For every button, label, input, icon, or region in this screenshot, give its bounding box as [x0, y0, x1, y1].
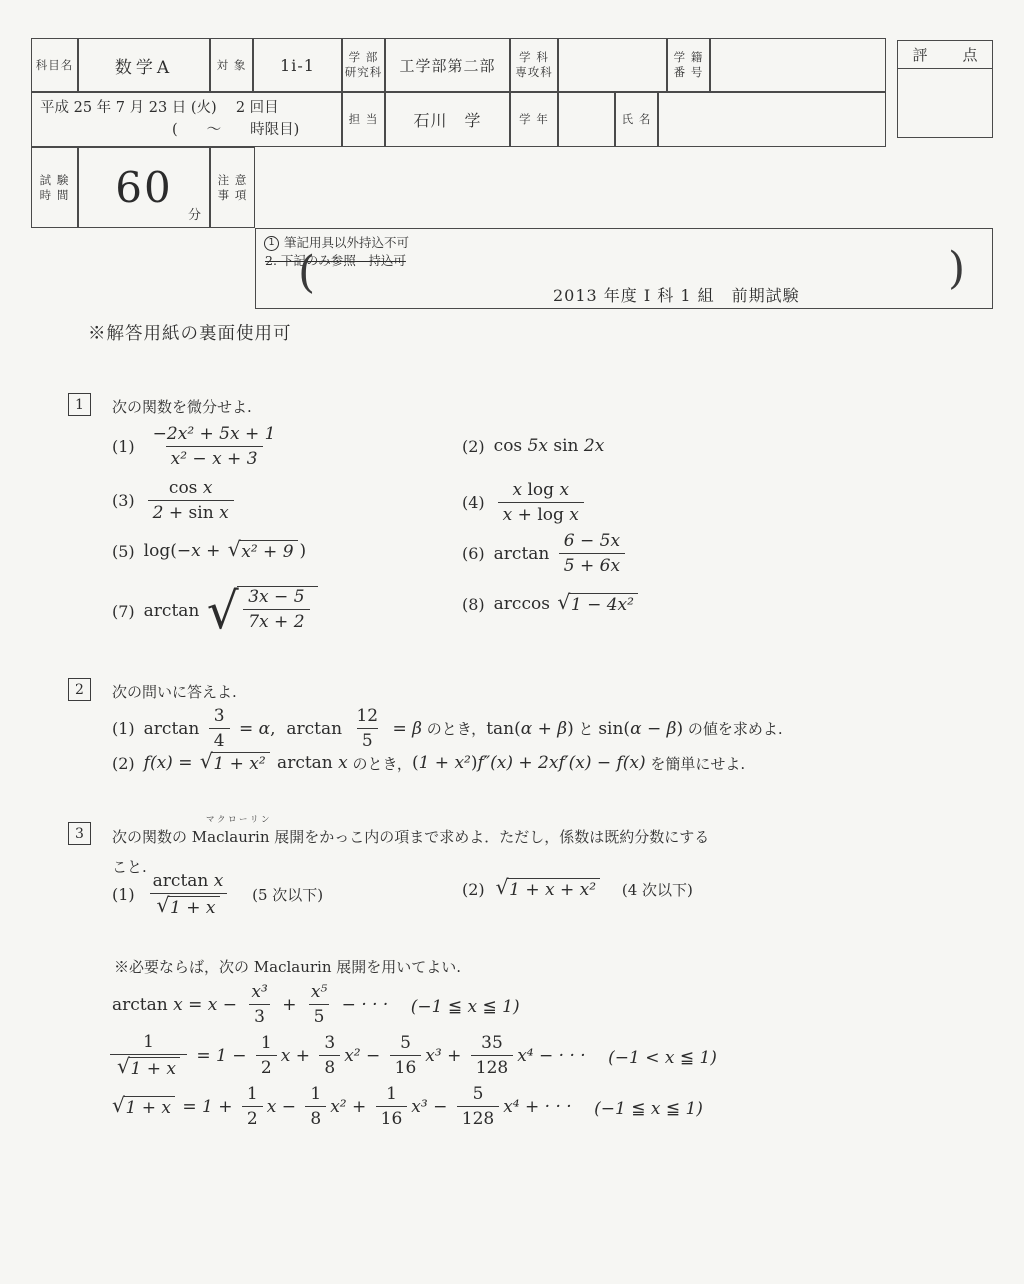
item-label: (7) [112, 602, 135, 621]
numerator: 3 [319, 1033, 340, 1055]
item-expression: arctan 34 = α, arctan 125 = β のとき，tan(α … [144, 706, 783, 751]
score-label-cell: 評 点 [897, 40, 993, 69]
close-paren: ) [948, 247, 965, 291]
math-token: arctan [144, 601, 205, 621]
score-label: 評 点 [912, 44, 987, 65]
faculty-label-line2: 研究科 [345, 65, 383, 80]
radicand: 1 + x [124, 1096, 175, 1118]
maclaurin-line-1: arctan x = x − x³3 + x⁵5 − · · · (−1 ≦ x… [112, 982, 520, 1027]
numerator: 6 − 5x [559, 531, 625, 553]
item-expression: −2x² + 5x + 1x² − x + 3 [144, 424, 285, 469]
sqrt-symbol: √ [496, 877, 509, 897]
item-expression: x log xx + log x [494, 480, 588, 525]
student-id-label-line2: 番 号 [674, 65, 704, 80]
item-label: (2) [112, 754, 135, 773]
notes-label-cell: 注 意 事 項 [210, 147, 255, 228]
math-token: x⁴ − · · · [517, 1046, 585, 1066]
math-token: 16 [395, 1058, 417, 1078]
math-token: x + [503, 505, 538, 525]
math-token: 2 [247, 1109, 258, 1129]
sqrt-symbol: √ [157, 895, 170, 915]
denominator: x + log x [498, 502, 584, 525]
maclaurin-line-3: √1 + x = 1 + 12x − 18x² + 116x³ − 5128x⁴… [110, 1084, 703, 1129]
math-token: 5 [400, 1033, 411, 1053]
p1-item-1: (1) −2x² + 5x + 1x² − x + 3 [112, 424, 284, 469]
sqrt-symbol: √ [117, 1056, 130, 1076]
math-token: (−1 < x ≦ 1) [586, 1043, 717, 1068]
item-label: (6) [462, 544, 485, 563]
math-token: 6 − 5x [564, 531, 620, 551]
p3-item-1: (1) arctan x√1 + x (5 次以下) [112, 871, 323, 918]
faculty-label-cell: 学 部 研究科 [342, 38, 385, 92]
item-label: (8) [462, 595, 485, 614]
math-token: 12 [356, 706, 378, 726]
numerator: 3 [209, 706, 230, 728]
exam-time-label-line2: 時 間 [40, 188, 70, 203]
fraction: 5128 [457, 1084, 499, 1129]
math-token: 5 + 6x [564, 556, 620, 576]
fraction: x log xx + log x [498, 480, 584, 525]
numerator: 3x − 5 [243, 587, 309, 609]
math-token: f(x) = [144, 753, 198, 773]
faculty-value: 工学部第二部 [399, 55, 495, 76]
note-2: 2. 下記のみ参照 持込可 [264, 252, 409, 270]
item-label: (1) [112, 885, 135, 904]
p1-item-8: (8) arccos √1 − 4x² [462, 593, 640, 615]
problem-2-prompt: 次の問いに答えよ. [112, 681, 237, 702]
math-token: (5 次以下) [232, 884, 323, 905]
denominator: 2 [256, 1055, 277, 1078]
denominator: 7x + 2 [243, 609, 309, 632]
sqrt-symbol: √ [557, 592, 570, 612]
math-token: 1 + x² [419, 753, 471, 773]
instructor-label: 担 当 [349, 112, 379, 127]
faculty-value-cell: 工学部第二部 [385, 38, 510, 92]
p2-item-1: (1) arctan 34 = α, arctan 125 = β のとき，ta… [112, 706, 783, 751]
math-token: 1 [143, 1032, 154, 1052]
fraction: 38 [319, 1033, 340, 1078]
math-token: x [559, 480, 569, 500]
notes-list: 1 筆記用具以外持込不可 2. 下記のみ参照 持込可 [256, 229, 409, 270]
math-token: 16 [381, 1109, 403, 1129]
score-value-cell [897, 68, 993, 138]
math-token: x − [267, 1097, 302, 1117]
numerator: x⁵ [306, 982, 332, 1004]
numerator: cos x [164, 478, 217, 500]
math-token: log [537, 505, 569, 525]
fraction: cos x2 + sin x [148, 478, 234, 523]
math-token: tan( [486, 719, 521, 739]
math-token: (−1 ≦ x ≦ 1) [388, 992, 519, 1017]
math-token: ) [676, 719, 683, 739]
math-token: arctan [153, 871, 214, 891]
math-token: 1 + x² [213, 754, 265, 774]
math-token: 2 [261, 1058, 272, 1078]
math-token: 7x + 2 [248, 612, 304, 632]
fraction: x⁵5 [306, 982, 332, 1027]
math-token: 3x − 5 [248, 587, 304, 607]
subject-label-cell: 科目名 [31, 38, 78, 92]
notes-label-line2: 事 項 [218, 188, 248, 203]
target-value: 1i-1 [280, 56, 315, 75]
student-id-value-cell [710, 38, 886, 92]
formula-expression: arctan x = x − x³3 + x⁵5 − · · · (−1 ≦ x… [112, 982, 520, 1027]
radicand: 3x − 57x + 2 [237, 586, 317, 632]
problem-1-prompt: 次の関数を微分せよ. [112, 396, 252, 417]
radicand: 1 + x [129, 1057, 180, 1079]
sqrt: √1 + x² [200, 752, 270, 774]
name-label: 氏 名 [622, 112, 652, 127]
denominator: x² − x + 3 [166, 446, 263, 469]
math-token: α + β [521, 719, 567, 739]
numerator: 5 [395, 1033, 416, 1055]
problem-3-number-box: 3 [68, 822, 91, 845]
math-token: ) [300, 541, 307, 561]
math-token: = β [387, 719, 422, 739]
math-token: x³ − [411, 1097, 452, 1117]
item-expression: √1 + x + x² (4 次以下) [494, 878, 693, 900]
denominator: 8 [319, 1055, 340, 1078]
exam-time-value: 60 [115, 163, 172, 212]
math-token: arctan [144, 719, 205, 739]
date-line1: 平成 25 年 7 月 23 日 (火) 2 回目 [32, 98, 279, 120]
fraction: 1√1 + x [110, 1032, 187, 1079]
math-token: 1 + x [131, 1059, 176, 1079]
numerator: 1 [305, 1084, 326, 1106]
fraction: 34 [209, 706, 230, 751]
math-token: x² + [330, 1097, 371, 1117]
math-token: f″(x) + 2xf′(x) − f(x) [478, 753, 646, 773]
radicand: 1 + x² [211, 752, 269, 774]
denominator: 16 [390, 1055, 422, 1078]
dept-label-line1: 学 科 [519, 50, 549, 65]
math-token: 1 [247, 1084, 258, 1104]
item-label: (5) [112, 542, 135, 561]
grade-label-cell: 学 年 [510, 92, 558, 147]
student-id-label-cell: 学 籍 番 号 [667, 38, 710, 92]
fraction: 3x − 57x + 2 [243, 587, 309, 632]
numerator: 1 [256, 1033, 277, 1055]
math-token: , arctan [270, 719, 347, 739]
exam-time-value-cell: 60 分 [78, 147, 210, 228]
math-token: 5 [362, 731, 373, 751]
faculty-label-line1: 学 部 [349, 50, 379, 65]
math-token: cos [169, 478, 203, 498]
fraction: 35128 [471, 1033, 513, 1078]
math-token: log( [144, 541, 177, 561]
math-token: ) [567, 719, 574, 739]
denominator: 5 [357, 728, 378, 751]
date-line2: ( ～ 時限目) [32, 120, 299, 142]
math-token: の値を求めよ. [683, 718, 783, 739]
denominator: √1 + x [150, 893, 227, 918]
item-expression: f(x) = √1 + x² arctan x のとき，(1 + x²)f″(x… [144, 752, 746, 774]
math-token: のとき， [348, 753, 412, 774]
item-expression: arctan 6 − 5x5 + 6x [494, 531, 629, 576]
numerator: x³ [246, 982, 272, 1004]
denominator: 5 + 6x [559, 553, 625, 576]
math-token: − · · · [336, 995, 388, 1015]
circled-one-icon: 1 [264, 236, 279, 251]
math-token: 3 [254, 1007, 265, 1027]
math-token: 2x [584, 436, 604, 456]
math-token: ) [471, 753, 478, 773]
numerator: 1 [381, 1084, 402, 1106]
math-token: x [214, 871, 224, 891]
header-table: 科目名 数学A 対 象 1i-1 学 部 研究科 工学部第二部 学 科 専攻科 … [0, 0, 1024, 162]
math-token: 5x [528, 436, 548, 456]
fraction: −2x² + 5x + 1x² − x + 3 [148, 424, 281, 469]
fraction: 116 [376, 1084, 408, 1129]
denominator: 3 [249, 1004, 270, 1027]
denominator: 16 [376, 1106, 408, 1129]
formula-expression: 1√1 + x = 1 − 12x + 38x² − 516x³ + 35128… [106, 1032, 717, 1079]
math-token: sin( [598, 719, 630, 739]
p1-item-6: (6) arctan 6 − 5x5 + 6x [462, 531, 629, 576]
grade-value-cell [558, 92, 615, 147]
math-token: x³ + [425, 1046, 466, 1066]
sqrt-symbol: √ [200, 751, 213, 771]
numerator: 5 [468, 1084, 489, 1106]
math-token: 1 [310, 1084, 321, 1104]
name-label-cell: 氏 名 [615, 92, 658, 147]
note-1: 1 筆記用具以外持込不可 [264, 234, 409, 252]
numerator: 1 [242, 1084, 263, 1106]
math-token: arctan [272, 753, 339, 773]
sqrt-symbol: √ [207, 586, 239, 636]
math-token: 128 [476, 1058, 508, 1078]
math-token: と [574, 718, 599, 739]
math-token: (4 次以下) [602, 879, 693, 900]
fraction: arctan x√1 + x [148, 871, 229, 918]
math-token: を簡単にせよ. [646, 753, 746, 774]
notes-label-line1: 注 意 [218, 173, 248, 188]
target-value-cell: 1i-1 [253, 38, 342, 92]
math-token: arctan [112, 995, 173, 1015]
math-token: 2 + [153, 503, 189, 523]
p2-item-2: (2) f(x) = √1 + x² arctan x のとき，(1 + x²)… [112, 752, 745, 774]
numerator: 35 [476, 1033, 508, 1055]
math-token: x⁵ [311, 982, 327, 1002]
math-token: 35 [481, 1033, 503, 1053]
fraction: 12 [256, 1033, 277, 1078]
sqrt: √3x − 57x + 2 [207, 586, 318, 636]
math-token: x² + 9 [241, 542, 293, 562]
item-label: (2) [462, 437, 485, 456]
radicand: 1 + x + x² [507, 878, 600, 900]
math-token: 1 + x [170, 898, 215, 918]
denominator: √1 + x [110, 1054, 187, 1079]
exam-title: 2013 年度 I 科 1 組 前期試験 [553, 283, 800, 306]
math-token: cos [494, 436, 528, 456]
exam-paper-page: 科目名 数学A 対 象 1i-1 学 部 研究科 工学部第二部 学 科 専攻科 … [0, 0, 1024, 1284]
p1-item-4: (4) x log xx + log x [462, 480, 588, 525]
item-expression: cos 5x sin 2x [494, 436, 605, 456]
math-token: 1 + x + x² [509, 880, 596, 900]
name-value-cell [658, 92, 886, 147]
p1-item-3: (3) cos x2 + sin x [112, 478, 238, 523]
fraction: x³3 [246, 982, 272, 1027]
denominator: 128 [471, 1055, 513, 1078]
exam-time-unit: 分 [188, 204, 201, 223]
sqrt: √1 − 4x² [557, 593, 638, 615]
sqrt-symbol: √ [112, 1095, 125, 1115]
instructor-value: 石川 学 [413, 108, 481, 131]
instructor-value-cell: 石川 学 [385, 92, 510, 147]
subject-label: 科目名 [36, 58, 74, 73]
math-token: ( [412, 753, 419, 773]
denominator: 4 [209, 728, 230, 751]
math-token: x [512, 480, 527, 500]
sqrt: √1 + x [112, 1096, 175, 1118]
fraction: 516 [390, 1033, 422, 1078]
fraction: 12 [242, 1084, 263, 1129]
dept-value-cell [558, 38, 667, 92]
subject-value: 数学A [115, 53, 173, 78]
instructor-label-cell: 担 当 [342, 92, 385, 147]
item-expression: arctan x√1 + x (5 次以下) [144, 871, 324, 918]
item-expression: arccos √1 − 4x² [494, 593, 640, 615]
note-2-text: 2. 下記のみ参照 持込可 [264, 252, 406, 270]
problem-3-prompt-line1: 次の関数の Maclaurin 展開をかっこ内の項まで求めよ．ただし，係数は既約… [112, 826, 709, 847]
math-token: 8 [324, 1058, 335, 1078]
date-cell: 平成 25 年 7 月 23 日 (火) 2 回目 ( ～ 時限目) [31, 92, 342, 147]
numerator: x log x [507, 480, 574, 502]
fraction: 125 [351, 706, 383, 751]
math-token: 1 [386, 1084, 397, 1104]
item-label: (2) [462, 880, 485, 899]
numerator: −2x² + 5x + 1 [148, 424, 281, 446]
open-paren: ( [298, 251, 315, 295]
back-side-note: ※解答用紙の裏面使用可 [88, 320, 292, 345]
formula-expression: √1 + x = 1 + 12x − 18x² + 116x³ − 5128x⁴… [110, 1084, 703, 1129]
target-label: 対 象 [217, 58, 247, 73]
math-token: α − β [630, 719, 676, 739]
denominator: 5 [309, 1004, 330, 1027]
maclaurin-line-2: 1√1 + x = 1 − 12x + 38x² − 516x³ + 35128… [106, 1032, 717, 1079]
item-label: (1) [112, 437, 135, 456]
math-token: sin [548, 436, 584, 456]
denominator: 2 [242, 1106, 263, 1129]
exam-time-label-line1: 試 験 [40, 173, 70, 188]
math-token: 5 [314, 1007, 325, 1027]
sqrt: √1 + x [117, 1057, 180, 1079]
item-expression: cos x2 + sin x [144, 478, 238, 523]
denominator: 2 + sin x [148, 500, 234, 523]
math-token: x = x − [173, 995, 242, 1015]
math-token: 1 [261, 1033, 272, 1053]
p1-item-7: (7) arctan √3x − 57x + 2 [112, 586, 320, 636]
math-token: x [569, 505, 579, 525]
grade-label: 学 年 [519, 112, 549, 127]
math-token: sin [189, 503, 220, 523]
radicand: 1 − 4x² [569, 593, 638, 615]
maclaurin-furigana: マクローリン [206, 813, 272, 825]
problem-2-number-box: 2 [68, 678, 91, 701]
math-token: x³ [251, 982, 267, 1002]
p3-item-2: (2) √1 + x + x² (4 次以下) [462, 878, 693, 900]
math-token: 5 [473, 1084, 484, 1104]
math-token: x [203, 478, 213, 498]
math-token: 1 − 4x² [571, 595, 634, 615]
math-token: x [338, 753, 348, 773]
math-token: x [219, 503, 229, 523]
math-token: = α [234, 719, 271, 739]
math-token: log [527, 480, 559, 500]
math-token: = 1 − [191, 1046, 252, 1066]
math-token: −2x² + 5x + 1 [153, 424, 276, 444]
math-token: (−1 ≦ x ≦ 1) [572, 1094, 703, 1119]
dept-label-cell: 学 科 専攻科 [510, 38, 558, 92]
item-expression: arctan √3x − 57x + 2 [144, 586, 320, 636]
numerator: 12 [351, 706, 383, 728]
math-token: 3 [324, 1033, 335, 1053]
math-token: arccos [494, 594, 556, 614]
math-token: 8 [310, 1109, 321, 1129]
math-token: x + [281, 1046, 316, 1066]
math-token: = 1 + [177, 1097, 238, 1117]
problem-1-number-box: 1 [68, 393, 91, 416]
radicand: x² + 9 [239, 540, 297, 562]
item-label: (3) [112, 491, 135, 510]
student-id-label-line1: 学 籍 [674, 50, 704, 65]
p1-item-5: (5) log(−x + √x² + 9) [112, 540, 306, 562]
radicand: 1 + x [168, 896, 219, 918]
dept-label-line2: 専攻科 [515, 65, 553, 80]
numerator: 1 [138, 1032, 159, 1054]
math-token: x⁴ + · · · [503, 1097, 571, 1117]
subject-value-cell: 数学A [78, 38, 210, 92]
sqrt: √1 + x + x² [496, 878, 600, 900]
math-token: 3 [214, 706, 225, 726]
p1-item-2: (2) cos 5x sin 2x [462, 436, 604, 456]
target-label-cell: 対 象 [210, 38, 253, 92]
math-token: x² − x + 3 [171, 449, 258, 469]
math-token: 128 [462, 1109, 494, 1129]
sqrt: √x² + 9 [228, 540, 298, 562]
math-token: + [277, 995, 302, 1015]
math-token: −x + [177, 541, 226, 561]
maclaurin-heading: ※必要ならば，次の Maclaurin 展開を用いてよい. [114, 956, 461, 977]
sqrt-symbol: √ [228, 539, 241, 559]
math-token: arctan [494, 544, 555, 564]
math-token: のとき， [422, 718, 486, 739]
item-label: (1) [112, 719, 135, 738]
sqrt: √1 + x [157, 896, 220, 918]
denominator: 128 [457, 1106, 499, 1129]
exam-time-label-cell: 試 験 時 間 [31, 147, 78, 228]
math-token: 1 + x [126, 1098, 171, 1118]
math-token: x² − [344, 1046, 385, 1066]
item-label: (4) [462, 493, 485, 512]
math-token: 4 [214, 731, 225, 751]
denominator: 8 [305, 1106, 326, 1129]
fraction: 18 [305, 1084, 326, 1129]
numerator: arctan x [148, 871, 229, 893]
item-expression: log(−x + √x² + 9) [144, 540, 307, 562]
fraction: 6 − 5x5 + 6x [559, 531, 625, 576]
